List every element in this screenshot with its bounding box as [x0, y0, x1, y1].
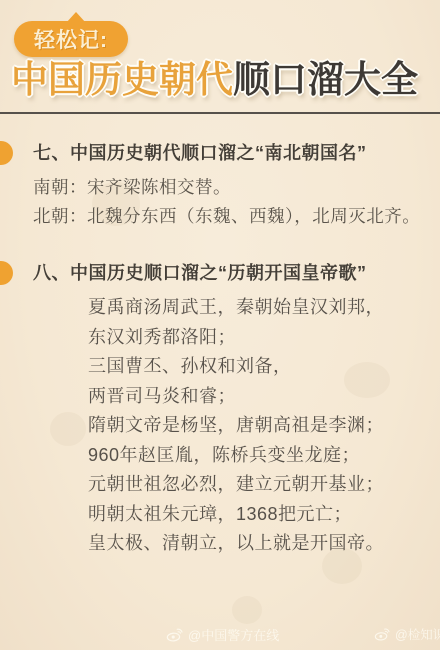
section-line: 南朝：宋齐梁陈相交替。: [33, 173, 434, 202]
poem-line: 960年赵匡胤，陈桥兵变坐龙庭；: [88, 441, 434, 471]
poem-line: 三国曹丕、孙权和刘备，: [88, 352, 434, 382]
poem-line: 元朝世祖忽必烈，建立元朝开基业；: [88, 470, 434, 500]
title-dark-part: 顺口溜大全: [233, 59, 418, 100]
badge-label: 轻松记:: [34, 24, 108, 54]
poem-line: 东汉刘秀都洛阳；: [88, 323, 434, 353]
section-kaiguo-huangdi: 八、中国历史顺口溜之“历朝开国皇帝歌” 夏禹商汤周武王，秦朝始皇汉刘邦， 东汉刘…: [33, 263, 434, 559]
easy-memory-badge: 轻松记:: [14, 21, 128, 57]
poem-line: 两晋司马炎和睿；: [88, 382, 434, 412]
poem-line: 皇太极、清朝立，以上就是开国帝。: [88, 529, 434, 559]
section-line: 北朝：北魏分东西（东魏、西魏），北周灭北齐。: [33, 202, 434, 231]
watermark-right: @检知识: [374, 625, 440, 643]
background-smudge: [232, 596, 262, 624]
section-heading: 八、中国历史顺口溜之“历朝开国皇帝歌”: [33, 263, 434, 283]
infographic-canvas: 轻松记: 中国历史朝代顺口溜大全 七、中国历史朝代顺口溜之“南北朝国名” 南朝：…: [0, 0, 440, 650]
poem-line: 明朝太祖朱元璋，1368把元亡；: [88, 500, 434, 530]
watermark-text: @中国警方在线: [188, 625, 279, 644]
watermark-left: @中国警方在线: [166, 625, 279, 644]
poem-line: 隋朝文帝是杨坚，唐朝高祖是李渊；: [88, 411, 434, 441]
page-title: 中国历史朝代顺口溜大全: [11, 58, 418, 102]
weibo-icon: [166, 627, 184, 642]
section-heading: 七、中国历史朝代顺口溜之“南北朝国名”: [33, 143, 434, 163]
header-divider: [0, 112, 440, 114]
poem-block: 夏禹商汤周武王，秦朝始皇汉刘邦， 东汉刘秀都洛阳； 三国曹丕、孙权和刘备， 两晋…: [88, 293, 434, 559]
watermark-text: @检知识: [395, 625, 440, 643]
weibo-icon: [374, 627, 391, 641]
section-nanbeichao: 七、中国历史朝代顺口溜之“南北朝国名” 南朝：宋齐梁陈相交替。 北朝：北魏分东西…: [33, 143, 434, 231]
orange-bullet: [0, 261, 13, 285]
badge-bump: [66, 12, 86, 23]
title-orange-part: 中国历史朝代: [11, 59, 233, 100]
orange-bullet: [0, 141, 13, 165]
poem-line: 夏禹商汤周武王，秦朝始皇汉刘邦，: [88, 293, 434, 323]
